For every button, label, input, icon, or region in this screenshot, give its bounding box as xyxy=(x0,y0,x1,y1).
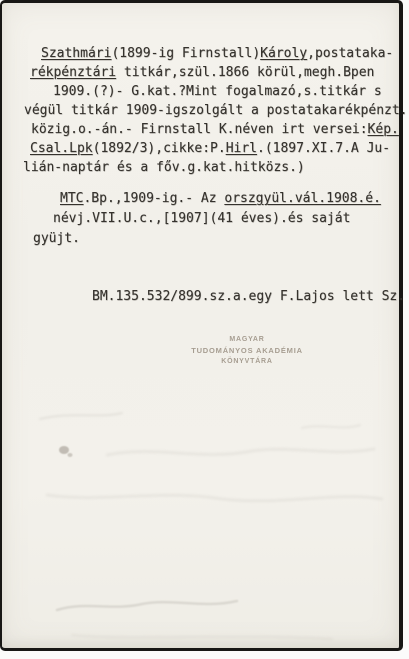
typed-text: lián-naptár és a főv.g.kat.hitközs.) xyxy=(23,160,305,175)
typed-text: titkár,szül.1866 körül,megh.Bpen xyxy=(116,65,374,80)
typed-text: végül titkár 1909-igszolgált a postataka… xyxy=(24,103,408,118)
typed-line: névj.VII.U.c.,[1907](41 éves).és saját xyxy=(53,209,395,229)
paragraph-p2: MTC.Bp.,1909-ig.- Az orszgyül.vál.1908.é… xyxy=(4,189,395,249)
typed-text-block: Szathmári(1899-ig Firnstall)Károly,posta… xyxy=(4,6,395,645)
underlined-text: orszgyül.vál.1908.é. xyxy=(224,191,381,206)
typed-line: Szathmári(1899-ig Firnstall)Károly,posta… xyxy=(41,44,395,63)
underlined-text: Csal.Lpk xyxy=(30,141,93,156)
typed-text: (1892/3),cikke:P. xyxy=(93,141,226,156)
typed-line: 1909.(?)- G.kat.?Mint fogalmazó,s.titkár… xyxy=(53,82,395,101)
stamp-line-1: MAGYAR xyxy=(167,334,327,345)
underlined-text: Szathmári xyxy=(41,46,111,61)
paragraph-p3: BM.135.532/899.sz.a.egy F.Lajos lett Sz. xyxy=(4,287,395,306)
typed-line: Csal.Lpk(1892/3),cikke:P.Hirl.(1897.XI.7… xyxy=(30,139,395,158)
stamp-line-3: KÖNYVTÁRA xyxy=(167,356,327,367)
typed-text: (1899-ig Firnstall) xyxy=(111,46,260,61)
underlined-text: Károly xyxy=(260,46,307,61)
typed-line: közig.o.-án.- Firnstall K.néven irt vers… xyxy=(31,120,395,139)
library-stamp: MAGYAR TUDOMÁNYOS AKADÉMIA KÖNYVTÁRA xyxy=(167,334,327,367)
typed-text: közig.o.-án.- Firnstall K.néven irt vers… xyxy=(31,122,368,137)
typed-text: gyüjt. xyxy=(33,231,80,246)
stamp-line-2: TUDOMÁNYOS AKADÉMIA xyxy=(167,345,327,356)
typed-text: ,postataka- xyxy=(307,46,393,61)
typed-line: végül titkár 1909-igszolgált a postataka… xyxy=(24,101,395,120)
typed-text: .(1897.XI.7.A Ju- xyxy=(257,141,390,156)
typed-line: MTC.Bp.,1909-ig.- Az orszgyül.vál.1908.é… xyxy=(60,189,395,209)
underlined-text: MTC xyxy=(60,191,83,206)
catalog-card: Szathmári(1899-ig Firnstall)Károly,posta… xyxy=(0,0,403,651)
typed-line: rékpénztári titkár,szül.1866 körül,megh.… xyxy=(30,63,395,82)
typed-line: BM.135.532/899.sz.a.egy F.Lajos lett Sz. xyxy=(92,287,395,306)
underlined-text: rékpénztári xyxy=(30,65,116,80)
typed-line: gyüjt. xyxy=(33,229,395,249)
underlined-text: Hirl xyxy=(226,141,257,156)
typed-text: névj.VII.U.c.,[1907](41 éves).és saját xyxy=(53,211,350,226)
typed-text: 1909.(?)- G.kat.?Mint fogalmazó,s.titkár… xyxy=(53,84,382,99)
typed-line: lián-naptár és a főv.g.kat.hitközs.) xyxy=(23,158,395,177)
paragraph-p1: Szathmári(1899-ig Firnstall)Károly,posta… xyxy=(4,44,395,177)
typed-text: BM.135.532/899.sz.a.egy F.Lajos lett Sz. xyxy=(92,289,405,304)
underlined-text: Kép. xyxy=(368,122,399,137)
typed-text: .Bp.,1909-ig.- Az xyxy=(83,191,224,206)
